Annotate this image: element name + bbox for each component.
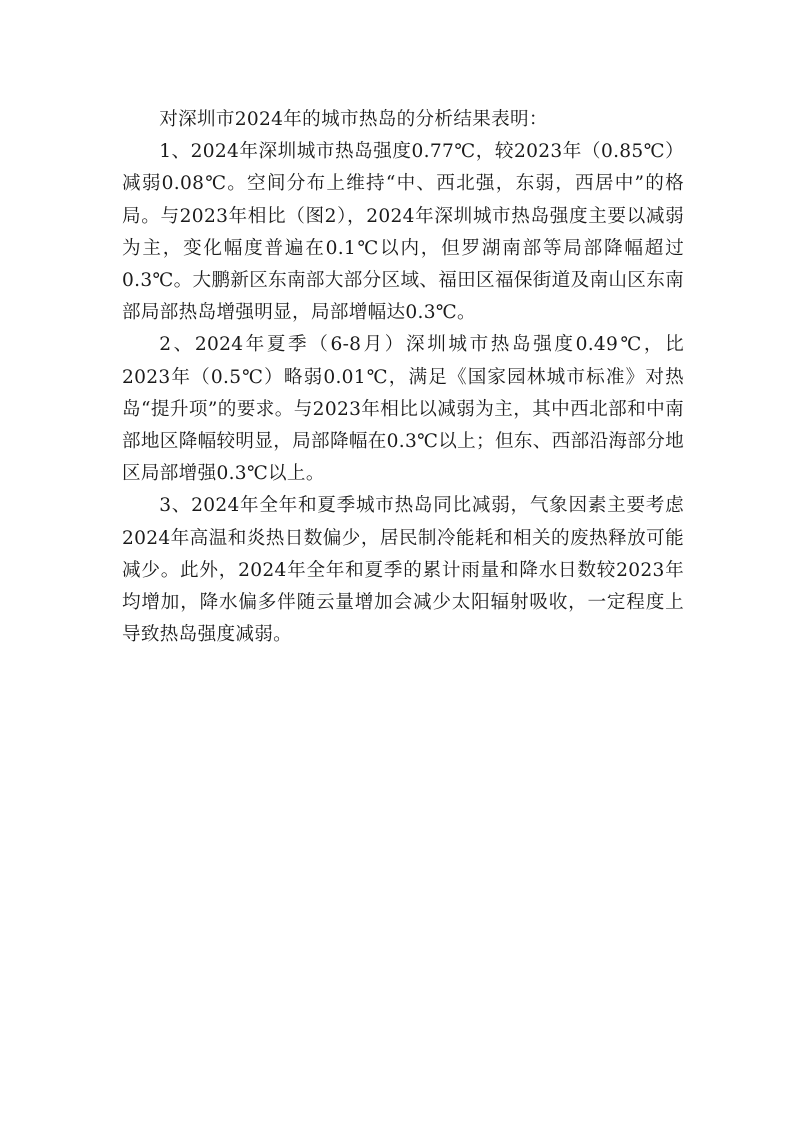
finding-3-paragraph: 3、2024年全年和夏季城市热岛同比减弱，气象因素主要考虑2024年高温和炎热日… [122, 490, 684, 651]
intro-paragraph: 对深圳市2024年的城市热岛的分析结果表明： [122, 104, 684, 136]
finding-2-paragraph: 2、2024年夏季（6-8月）深圳城市热岛强度0.49℃，比2023年（0.5℃… [122, 329, 684, 490]
document-page: 对深圳市2024年的城市热岛的分析结果表明： 1、2024年深圳城市热岛强度0.… [122, 104, 684, 651]
finding-1-paragraph: 1、2024年深圳城市热岛强度0.77℃，较2023年（0.85℃）减弱0.08… [122, 136, 684, 329]
